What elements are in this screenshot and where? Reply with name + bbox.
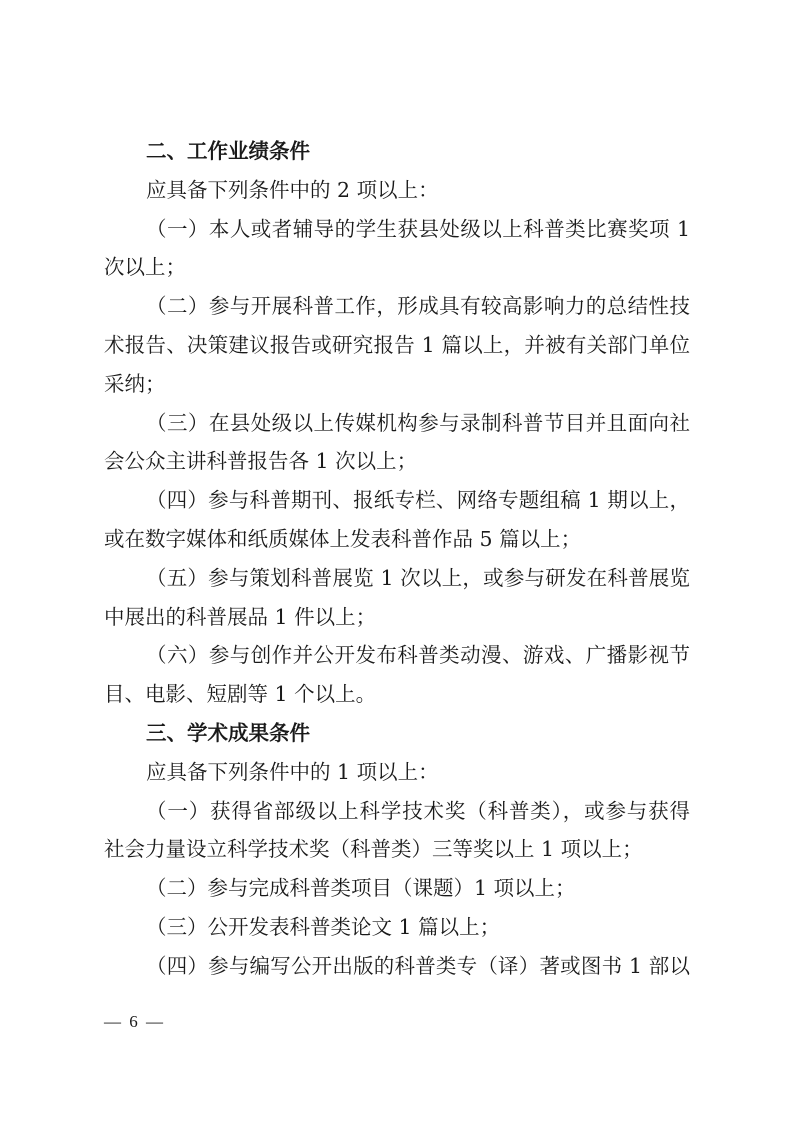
list-item-line: （三）公开发表科普类论文 1 篇以上； <box>104 908 690 947</box>
list-item-line: 社会力量设立科学技术奖（科普类）三等奖以上 1 项以上； <box>104 830 690 869</box>
list-item-line: 会公众主讲科普报告各 1 次以上； <box>104 442 690 481</box>
list-item-line: （六）参与创作并公开发布科普类动漫、游戏、广播影视节 <box>104 636 690 675</box>
list-item-line: 目、电影、短剧等 1 个以上。 <box>104 675 690 714</box>
section-intro: 应具备下列条件中的 2 项以上： <box>104 171 690 210</box>
list-item-line: （三）在县处级以上传媒机构参与录制科普节目并且面向社 <box>104 404 690 443</box>
list-item-line: 中展出的科普展品 1 件以上； <box>104 598 690 637</box>
list-item-line: （四）参与科普期刊、报纸专栏、网络专题组稿 1 期以上， <box>104 481 690 520</box>
document-page: 二、工作业绩条件 应具备下列条件中的 2 项以上： （一）本人或者辅导的学生获县… <box>104 132 690 986</box>
list-item-line: 或在数字媒体和纸质媒体上发表科普作品 5 篇以上； <box>104 520 690 559</box>
list-item-line: （一）本人或者辅导的学生获县处级以上科普类比赛奖项 1 <box>104 210 690 249</box>
section-intro: 应具备下列条件中的 1 项以上： <box>104 753 690 792</box>
list-item-line: （一）获得省部级以上科学技术奖（科普类），或参与获得 <box>104 792 690 831</box>
list-item-line: （四）参与编写公开出版的科普类专（译）著或图书 1 部以 <box>104 947 690 986</box>
section-heading-work-performance: 二、工作业绩条件 <box>104 132 690 171</box>
list-item-line: 次以上； <box>104 248 690 287</box>
list-item-line: 术报告、决策建议报告或研究报告 1 篇以上，并被有关部门单位 <box>104 326 690 365</box>
list-item-line: （五）参与策划科普展览 1 次以上，或参与研发在科普展览 <box>104 559 690 598</box>
list-item-line: 采纳； <box>104 365 690 404</box>
page-number: — 6 — <box>104 1012 165 1032</box>
list-item-line: （二）参与完成科普类项目（课题）1 项以上； <box>104 869 690 908</box>
list-item-line: （二）参与开展科普工作，形成具有较高影响力的总结性技 <box>104 287 690 326</box>
section-heading-academic-achievements: 三、学术成果条件 <box>104 714 690 753</box>
